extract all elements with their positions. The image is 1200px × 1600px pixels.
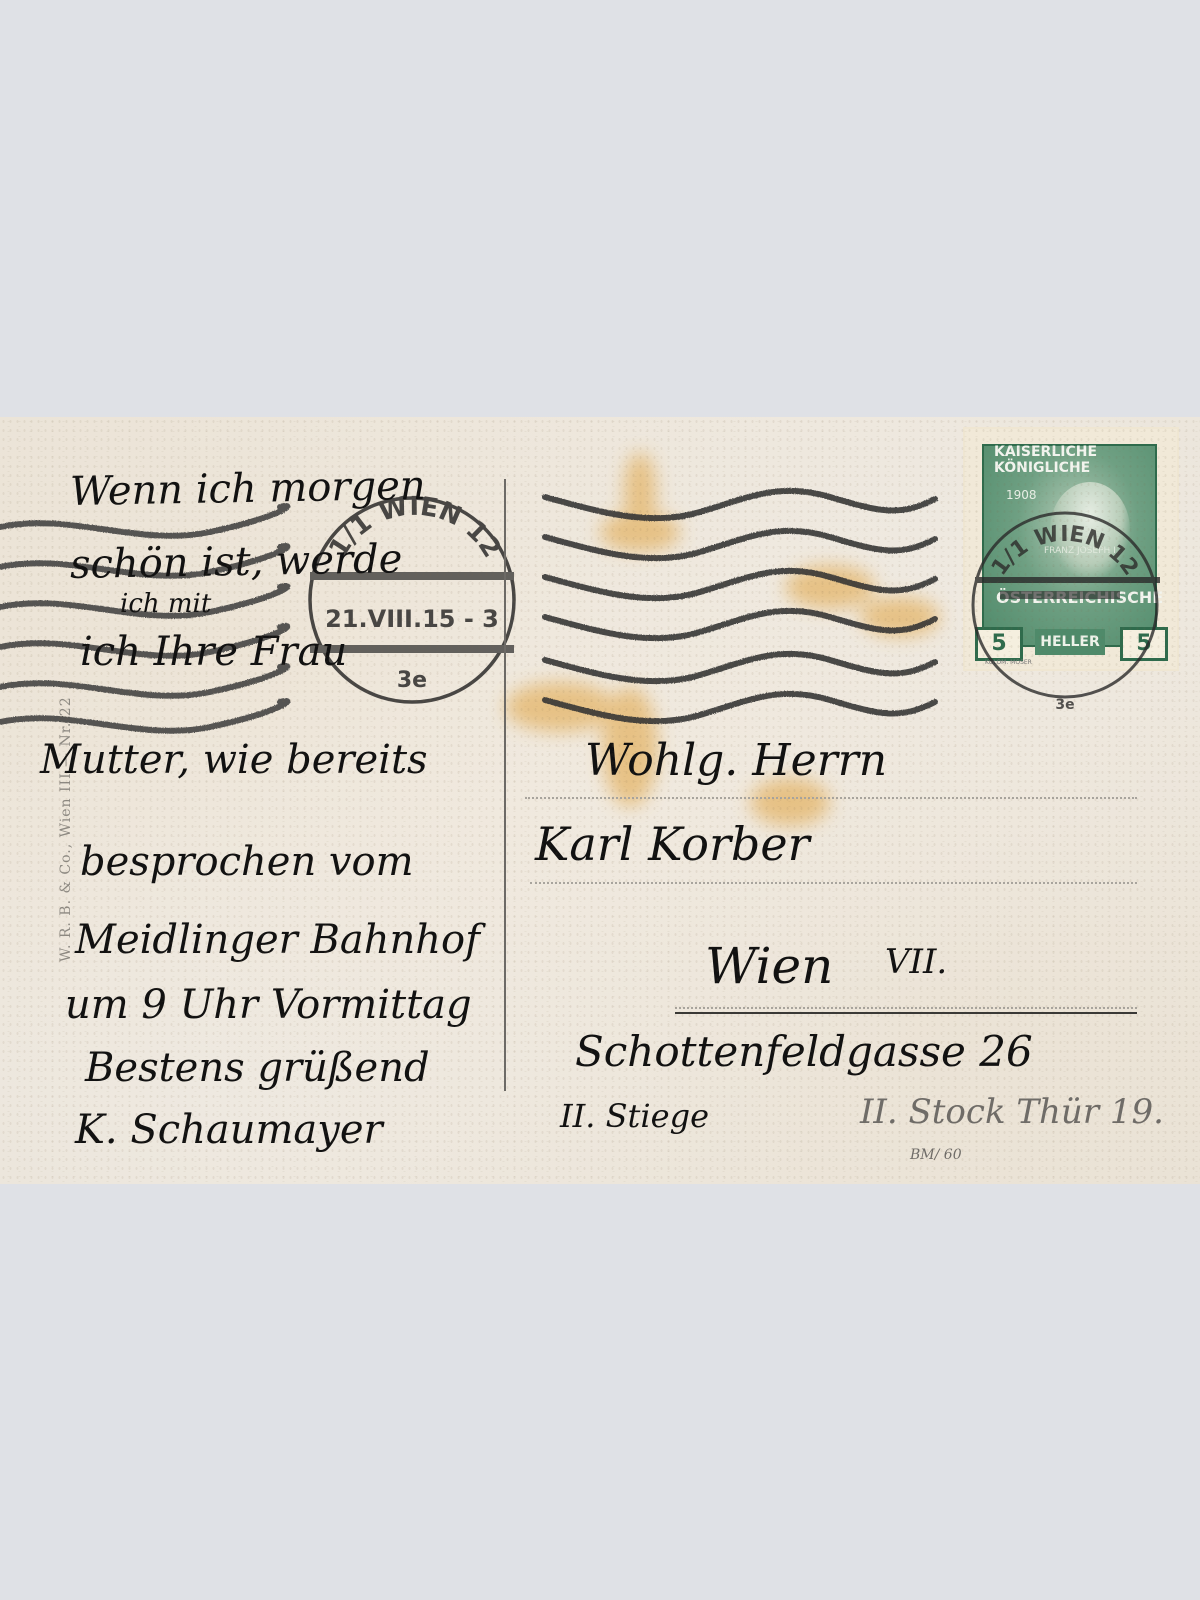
message-line: ich mit [120,589,211,619]
address-district: VII. [885,942,947,982]
signature: K. Schaumayer [75,1107,383,1153]
message-line: Meidlinger Bahnhof [75,917,480,963]
message-line: besprochen vom [80,839,414,885]
message-line: Bestens grüßend [85,1045,430,1091]
address-floor: II. Stock Thür 19. [860,1092,1164,1132]
address-city: Wien [705,937,833,995]
postmark-stamp-bottom-text: 3e [1055,697,1074,713]
message-line: Wenn ich morgen [70,463,426,515]
message-line: Mutter, wie bereits [40,737,428,783]
message-line: um 9 Uhr Vormittag [65,982,472,1028]
message-line: schön ist, werde [70,536,403,588]
message-line: ich Ihre Frau [80,629,347,675]
address-stairs: II. Stiege [560,1097,709,1135]
address-street: Schottenfeldgasse 26 [575,1027,1033,1076]
address-name: Karl Korber [535,817,810,871]
address-salutation: Wohlg. Herrn [585,735,887,786]
pencil-note: BM/ 60 [910,1147,962,1163]
postcard: 1/1 WIEN 12 21.VIII.15 - 3 3e W. R. B. &… [0,417,1200,1184]
